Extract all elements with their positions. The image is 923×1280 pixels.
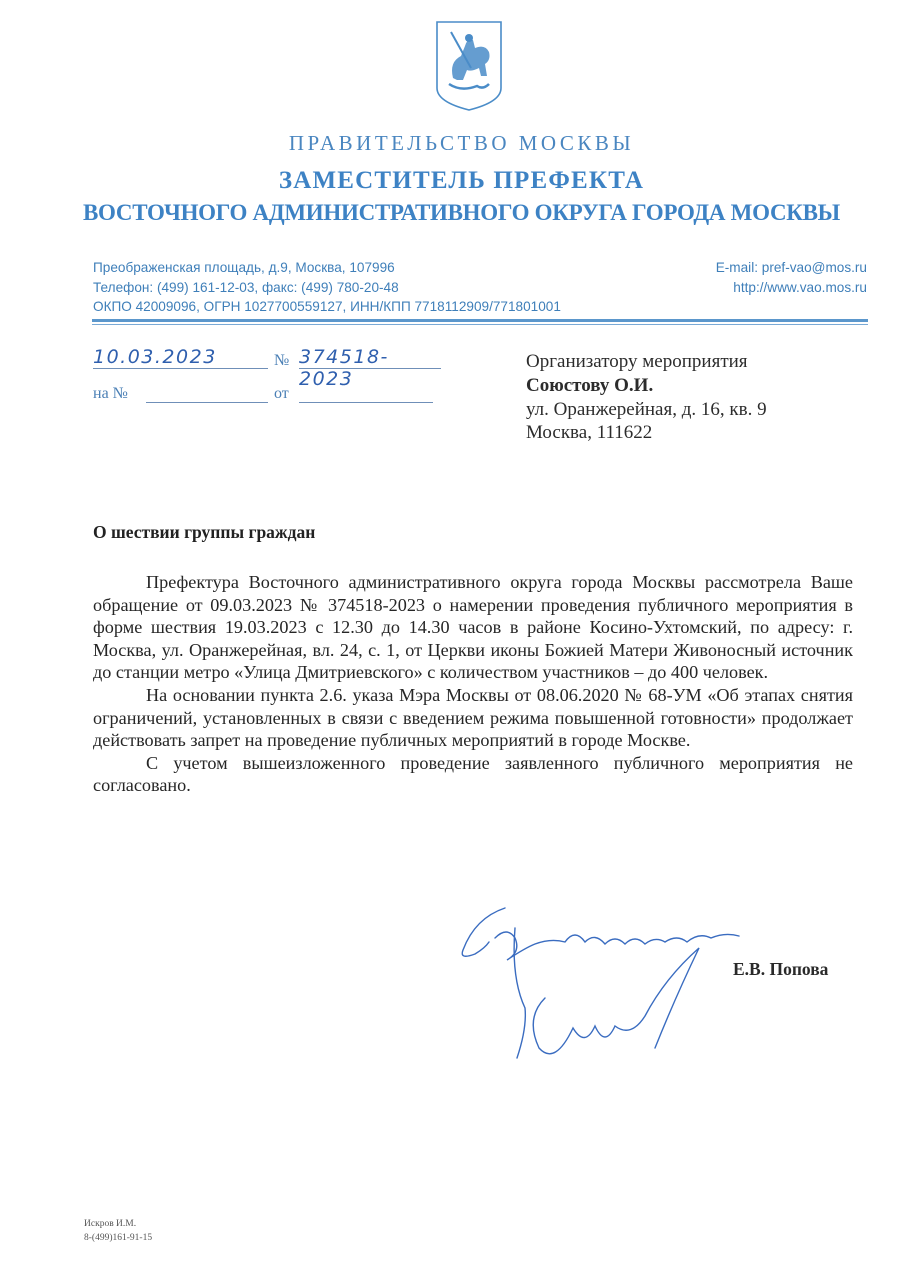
registration-date: 10.03.2023 bbox=[93, 346, 217, 368]
letter-body: Префектура Восточного административного … bbox=[93, 571, 853, 797]
handwritten-signature bbox=[455, 898, 755, 1078]
body-paragraph: Префектура Восточного административного … bbox=[93, 571, 853, 684]
letter-subject: О шествии группы граждан bbox=[93, 522, 315, 543]
moscow-coat-of-arms-icon bbox=[431, 18, 507, 114]
email-link[interactable]: E-mail: pref-vao@mos.ru bbox=[716, 258, 867, 278]
reply-to-label: на № bbox=[93, 385, 128, 403]
registry-codes: ОКПО 42009096, ОГРН 1027700559127, ИНН/К… bbox=[93, 297, 561, 317]
registration-date-field: 10.03.2023 bbox=[93, 346, 268, 369]
address: Преображенская площадь, д.9, Москва, 107… bbox=[93, 258, 561, 278]
executor-block: Искров И.М. 8-(499)161-91-15 bbox=[84, 1218, 152, 1245]
signer-name: Е.В. Попова bbox=[733, 959, 828, 980]
phone: Телефон: (499) 161-12-03, факс: (499) 78… bbox=[93, 278, 561, 298]
contacts-left: Преображенская площадь, д.9, Москва, 107… bbox=[93, 258, 561, 317]
number-label: № bbox=[274, 352, 289, 370]
contacts-right: E-mail: pref-vao@mos.ru http://www.vao.m… bbox=[716, 258, 867, 297]
government-heading: ПРАВИТЕЛЬСТВО МОСКВЫ bbox=[0, 131, 923, 156]
from-label: от bbox=[274, 385, 289, 403]
recipient-block: Организатору мероприятия Союстову О.И. у… bbox=[526, 350, 767, 445]
recipient-city: Москва, 111622 bbox=[526, 421, 767, 445]
office-title: ЗАМЕСТИТЕЛЬ ПРЕФЕКТА bbox=[0, 167, 923, 195]
recipient-street: ул. Оранжерейная, д. 16, кв. 9 bbox=[526, 398, 767, 422]
executor-phone: 8-(499)161-91-15 bbox=[84, 1232, 152, 1246]
header-divider bbox=[92, 319, 868, 322]
registration-number-field: 374518-2023 bbox=[299, 346, 441, 369]
from-date-field bbox=[299, 380, 433, 403]
executor-name: Искров И.М. bbox=[84, 1218, 152, 1232]
office-subtitle: ВОСТОЧНОГО АДМИНИСТРАТИВНОГО ОКРУГА ГОРО… bbox=[0, 200, 923, 226]
body-paragraph: С учетом вышеизложенного проведение заяв… bbox=[93, 752, 853, 797]
body-paragraph: На основании пункта 2.6. указа Мэра Моск… bbox=[93, 684, 853, 752]
website-link[interactable]: http://www.vao.mos.ru bbox=[716, 278, 867, 298]
reply-to-number-field bbox=[146, 380, 268, 403]
recipient-role: Организатору мероприятия bbox=[526, 350, 767, 374]
recipient-name: Союстову О.И. bbox=[526, 374, 767, 398]
header-divider-thin bbox=[92, 324, 868, 325]
